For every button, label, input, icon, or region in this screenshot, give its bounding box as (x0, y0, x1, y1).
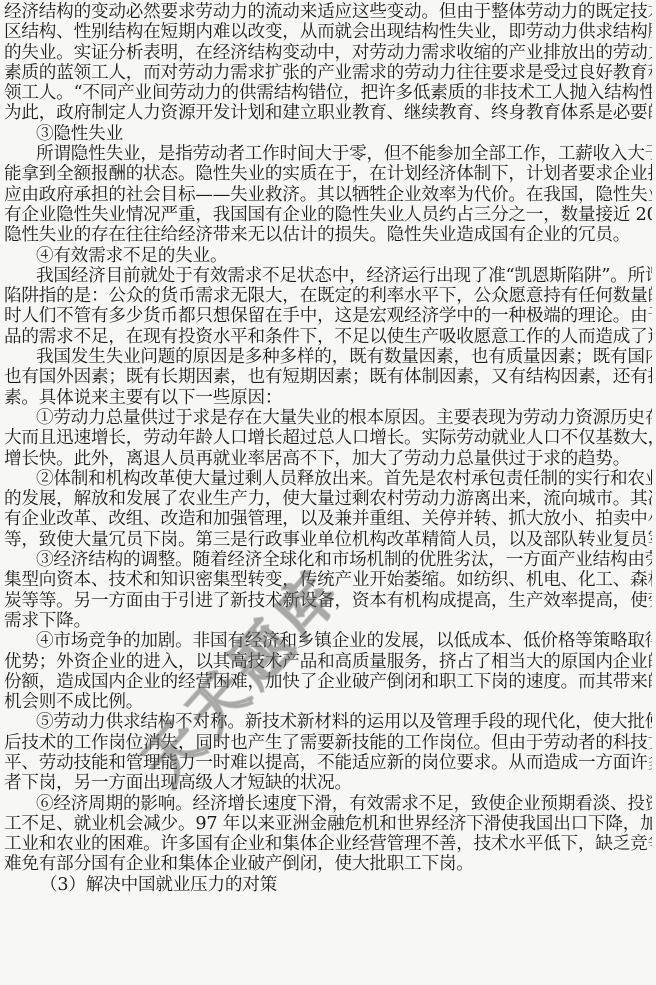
text-line: ⑤劳动力供求结构不对称。新技术新材料的运用以及管理手段的现代化，使大批使用落 (4, 712, 652, 732)
text-line: 品的需求不足，在现有投资水平和条件下，不足以使生产吸收愿意工作的人而造成了这种失… (4, 327, 652, 347)
text-line: 后技术的工作岗位消失，同时也产生了需要新技能的工作岗位。但由于劳动者的科技文化水 (4, 733, 652, 753)
text-line: 为此，政府制定人力资源开发计划和建立职业教育、继续教育、终身教育体系是必要的”。 (4, 103, 652, 123)
document-body: 经济结构的变动必然要求劳动力的流动来适应这些变动。但由于整体劳动力的既定技术结构… (4, 2, 652, 895)
text-line: 能拿到全额报酬的状态。隐性失业的实质在于，在计划经济体制下，计划者要求企业担负起… (4, 164, 652, 184)
text-line: 工业和农业的困难。许多国有企业和集体企业经营管理不善，技术水平低下，缺乏竞争力。 (4, 834, 652, 854)
text-line: 素质的蓝领工人，而对劳动力需求扩张的产业需求的劳动力往往要求是受过良好教育和训练… (4, 63, 652, 83)
document-page: 经济结构的变动必然要求劳动力的流动来适应这些变动。但由于整体劳动力的既定技术结构… (0, 0, 656, 985)
text-line: 的失业。实证分析表明，在经济结构变动中，对劳动力需求收缩的产业排放出的劳动力大多… (4, 43, 652, 63)
text-line: 工不足、就业机会减少。97 年以来亚洲金融危机和世界经济下滑使我国出口下降，加剧… (4, 814, 652, 834)
text-line: 集型向资本、技术和知识密集型转变，传统产业开始萎缩。如纺织、机电、化工、森林、煤 (4, 570, 652, 590)
text-line: 等，致使大量冗员下岗。第三是行政事业单位机构改革精简人员，以及部队转业复员军人。 (4, 530, 652, 550)
text-line: 素。具体说来主要有以下一些原因： (4, 388, 652, 408)
text-line: 优势；外资企业的进入，以其高技术产品和高质量服务，挤占了相当大的原国内企业的市场 (4, 652, 652, 672)
text-line: 难免有部分国有企业和集体企业破产倒闭，使大批职工下岗。 (4, 854, 652, 874)
text-line: ④市场竞争的加剧。非国有经济和乡镇企业的发展，以低成本、低价格等策略取得竞争 (4, 631, 652, 651)
text-line: 隐性失业的存在往往给经济带来无以估计的损失。隐性失业造成国有企业的冗员。 (4, 225, 652, 245)
text-line: 我国发生失业问题的原因是多种多样的，既有数量因素，也有质量因素；既有国内因素， (4, 347, 652, 367)
text-line: 所谓隐性失业，是指劳动者工作时间大于零，但不能参加全部工作，工薪收入大于零，不 (4, 144, 652, 164)
text-line: 大而且迅速增长，劳动年龄人口增长超过总人口增长。实际劳动就业人口不仅基数大，而且 (4, 428, 652, 448)
text-line: 经济结构的变动必然要求劳动力的流动来适应这些变动。但由于整体劳动力的既定技术结构… (4, 2, 652, 22)
section-heading: （3）解决中国就业压力的对策 (4, 875, 652, 895)
text-line: 区结构、性别结构在短期内难以改变，从而就会出现结构性失业，即劳动力供求结构脱节所… (4, 22, 652, 42)
text-line: ②体制和机构改革使大量过剩人员释放出来。首先是农村承包责任制的实行和农业经济 (4, 469, 652, 489)
text-line: 平、劳动技能和管理能力一时难以提高，不能适应新的岗位要求。从而造成一方面许多劳动 (4, 753, 652, 773)
text-line: ①劳动力总量供过于求是存在大量失业的根本原因。主要表现为劳动力资源历史存量太 (4, 408, 652, 428)
text-line: 炭等等。另一方面由于引进了新技术新设备，资本有机构成提高，生产效率提高，使劳动力 (4, 591, 652, 611)
text-line: 份额，造成国内企业的经营困难，加快了企业破产倒闭和职工下岗的速度。而其带来的就业 (4, 672, 652, 692)
text-line: ⑥经济周期的影响。经济增长速度下滑，有效需求不足，致使企业预期看淡、投资和开 (4, 794, 652, 814)
text-line: 时人们不管有多少货币都只想保留在手中，这是宏观经济学中的一种极端的理论。由于社会… (4, 306, 652, 326)
text-line: 的发展，解放和发展了农业生产力，使大量过剩农村劳动力游离出来，流向城市。其次是国 (4, 489, 652, 509)
section-heading: ④有效需求不足的失业。 (4, 246, 652, 266)
section-heading: ③隐性失业 (4, 124, 652, 144)
text-line: 机会则不成比例。 (4, 692, 652, 712)
text-line: 需求下降。 (4, 611, 652, 631)
text-line: 有企业隐性失业情况严重，我国国有企业的隐性失业人员约占三分之一，数量接近 200… (4, 205, 652, 225)
text-line: 有企业改革、改组、改造和加强管理，以及兼并重组、关停并转、抓大放小、拍卖中小企业 (4, 509, 652, 529)
text-line: 应由政府承担的社会目标——失业救济。其以牺牲企业效率为代价。在我国，隐性失业特别… (4, 185, 652, 205)
text-line: 增长快。此外，离退人员再就业率居高不下，加大了劳动力总量供过于求的趋势。 (4, 449, 652, 469)
text-line: 领工人。“不同产业间劳动力的供需结构错位，把许多低素质的非技术工人抛入结构性失业… (4, 83, 652, 103)
text-line: 者下岗，另一方面出现高级人才短缺的状况。 (4, 773, 652, 793)
text-line: ③经济结构的调整。随着经济全球化和市场机制的优胜劣汰，一方面产业结构由劳动密 (4, 550, 652, 570)
text-line: 我国经济目前就处于有效需求不足状态中，经济运行出现了准“凯恩斯陷阱”。所谓凯恩斯 (4, 266, 652, 286)
text-line: 陷阱指的是：公众的货币需求无限大，在既定的利率水平下，公众愿意持有任何数量的货币… (4, 286, 652, 306)
text-line: 也有国外因素；既有长期因素，也有短期因素；既有体制因素，又有结构因素，还有技术因 (4, 367, 652, 387)
